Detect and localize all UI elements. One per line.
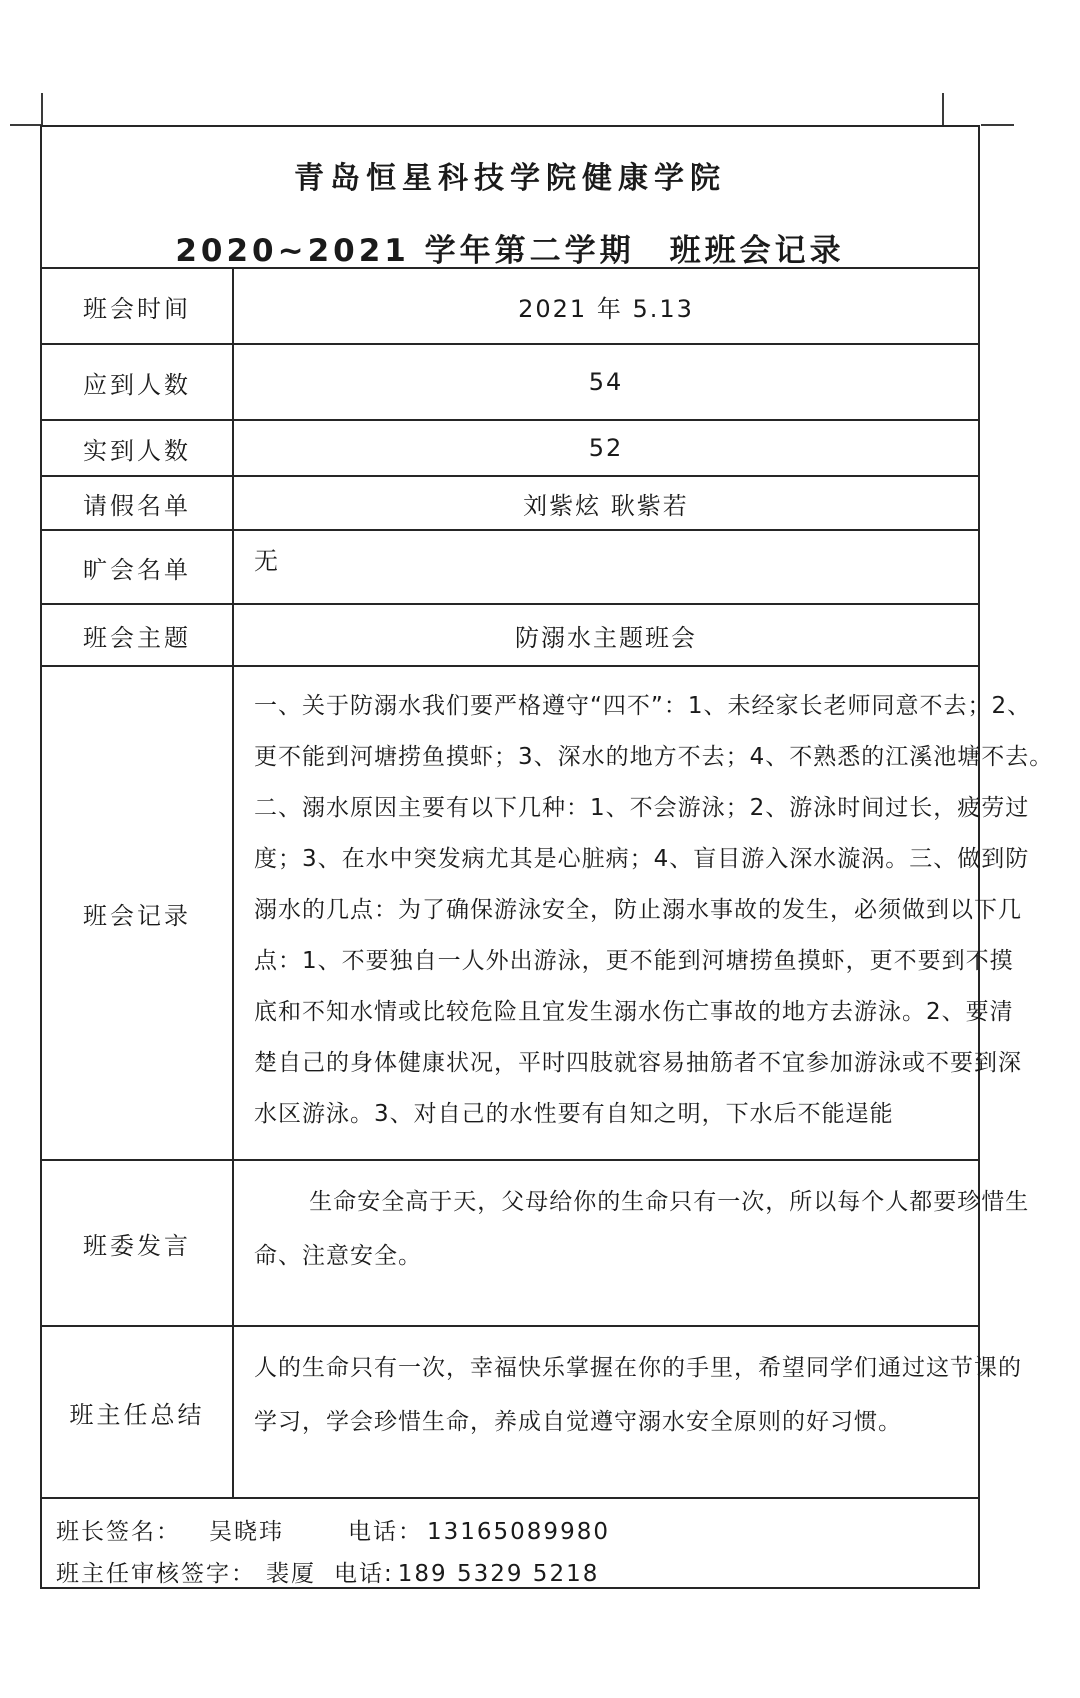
meeting-topic-value: 防溺水主题班会 — [234, 605, 978, 665]
actual-attendance-label: 实到人数 — [42, 421, 234, 475]
teacher-signature-line: 班主任审核签字：裴厦电话:189 5329 5218 — [56, 1553, 978, 1595]
row-meeting-record: 班会记录 一、关于防溺水我们要严格遵守“四不”：1、未经家长老师同意不去；2、 … — [42, 665, 978, 1159]
absent-list-label: 旷会名单 — [42, 531, 234, 603]
monitor-signature-label: 班长签名： — [56, 1519, 181, 1545]
scanned-document-page: 青岛恒星科技学院健康学院 2020~2021 学年第二学期 班班会记录 班会时间… — [0, 0, 1080, 1698]
crop-mark-top-left-horizontal — [10, 124, 41, 126]
committee-speech-label: 班委发言 — [42, 1161, 234, 1325]
monitor-phone-number: 13165089980 — [427, 1519, 610, 1545]
signature-section: 班长签名：吴晓玮电话：13165089980 班主任审核签字：裴厦电话:189 … — [42, 1497, 978, 1587]
teacher-summary-label: 班主任总结 — [42, 1327, 234, 1497]
summary-line: 人的生命只有一次，幸福快乐掌握在你的手里，希望同学们通过这节课的 — [254, 1341, 1022, 1395]
monitor-phone-label: 电话： — [348, 1519, 423, 1545]
teacher-signature-name: 裴厦 — [266, 1561, 316, 1587]
row-committee-speech: 班委发言 生命安全高于天，父母给你的生命只有一次，所以每个人都要珍惜生 命、注意… — [42, 1159, 978, 1325]
meeting-time-value: 2021 年 5.13 — [234, 269, 978, 343]
leave-list-label: 请假名单 — [42, 477, 234, 529]
record-line: 水区游泳。3、对自己的水性要有自知之明，下水后不能逞能 — [254, 1089, 1053, 1140]
row-leave-list: 请假名单 刘紫炫 耿紫若 — [42, 475, 978, 529]
absent-list-value: 无 — [234, 531, 978, 603]
college-title: 青岛恒星科技学院健康学院 — [294, 153, 726, 197]
teacher-phone-number: 189 5329 5218 — [398, 1561, 600, 1587]
committee-line: 生命安全高于天，父母给你的生命只有一次，所以每个人都要珍惜生 — [254, 1175, 1029, 1229]
record-line: 更不能到河塘捞鱼摸虾；3、深水的地方不去；4、不熟悉的江溪池塘不去。 — [254, 732, 1053, 783]
summary-line: 学习，学会珍惜生命，养成自觉遵守溺水安全原则的好习惯。 — [254, 1395, 1022, 1449]
class-meeting-record-form: 青岛恒星科技学院健康学院 2020~2021 学年第二学期 班班会记录 班会时间… — [40, 125, 980, 1589]
semester-record-title: 2020~2021 学年第二学期 班班会记录 — [175, 225, 844, 270]
row-expected-attendance: 应到人数 54 — [42, 343, 978, 419]
teacher-signature-label: 班主任审核签字： — [56, 1561, 256, 1587]
monitor-signature-name: 吴晓玮 — [209, 1519, 284, 1545]
expected-attendance-label: 应到人数 — [42, 345, 234, 419]
meeting-record-text: 一、关于防溺水我们要严格遵守“四不”：1、未经家长老师同意不去；2、 更不能到河… — [234, 667, 1063, 1159]
meeting-record-label: 班会记录 — [42, 667, 234, 1159]
monitor-signature-line: 班长签名：吴晓玮电话：13165089980 — [56, 1511, 978, 1553]
leave-list-value: 刘紫炫 耿紫若 — [234, 477, 978, 529]
record-line: 溺水的几点：为了确保游泳安全，防止溺水事故的发生，必须做到以下几 — [254, 885, 1053, 936]
row-meeting-time: 班会时间 2021 年 5.13 — [42, 267, 978, 343]
row-actual-attendance: 实到人数 52 — [42, 419, 978, 475]
record-line: 二、溺水原因主要有以下几种：1、不会游泳；2、游泳时间过长，疲劳过 — [254, 783, 1053, 834]
committee-line: 命、注意安全。 — [254, 1229, 1029, 1283]
meeting-topic-label: 班会主题 — [42, 605, 234, 665]
row-meeting-topic: 班会主题 防溺水主题班会 — [42, 603, 978, 665]
record-line: 一、关于防溺水我们要严格遵守“四不”：1、未经家长老师同意不去；2、 — [254, 681, 1053, 732]
expected-attendance-value: 54 — [234, 345, 978, 419]
row-absent-list: 旷会名单 无 — [42, 529, 978, 603]
record-line: 楚自己的身体健康状况，平时四肢就容易抽筋者不宜参加游泳或不要到深 — [254, 1038, 1053, 1089]
record-line: 底和不知水情或比较危险且宜发生溺水伤亡事故的地方去游泳。2、要清 — [254, 987, 1053, 1038]
committee-speech-text: 生命安全高于天，父母给你的生命只有一次，所以每个人都要珍惜生 命、注意安全。 — [234, 1161, 1039, 1325]
title-block: 青岛恒星科技学院健康学院 2020~2021 学年第二学期 班班会记录 — [42, 127, 978, 267]
record-line: 点：1、不要独自一人外出游泳，更不能到河塘捞鱼摸虾，更不要到不摸 — [254, 936, 1053, 987]
crop-mark-top-left-vertical — [41, 93, 43, 127]
meeting-time-label: 班会时间 — [42, 269, 234, 343]
row-teacher-summary: 班主任总结 人的生命只有一次，幸福快乐掌握在你的手里，希望同学们通过这节课的 学… — [42, 1325, 978, 1497]
teacher-summary-text: 人的生命只有一次，幸福快乐掌握在你的手里，希望同学们通过这节课的 学习，学会珍惜… — [234, 1327, 1032, 1497]
record-line: 度；3、在水中突发病尤其是心脏病；4、盲目游入深水漩涡。三、做到防 — [254, 834, 1053, 885]
actual-attendance-value: 52 — [234, 421, 978, 475]
crop-mark-top-right-vertical — [942, 93, 944, 127]
teacher-phone-label: 电话: — [334, 1561, 394, 1587]
crop-mark-top-right-horizontal — [981, 124, 1014, 126]
